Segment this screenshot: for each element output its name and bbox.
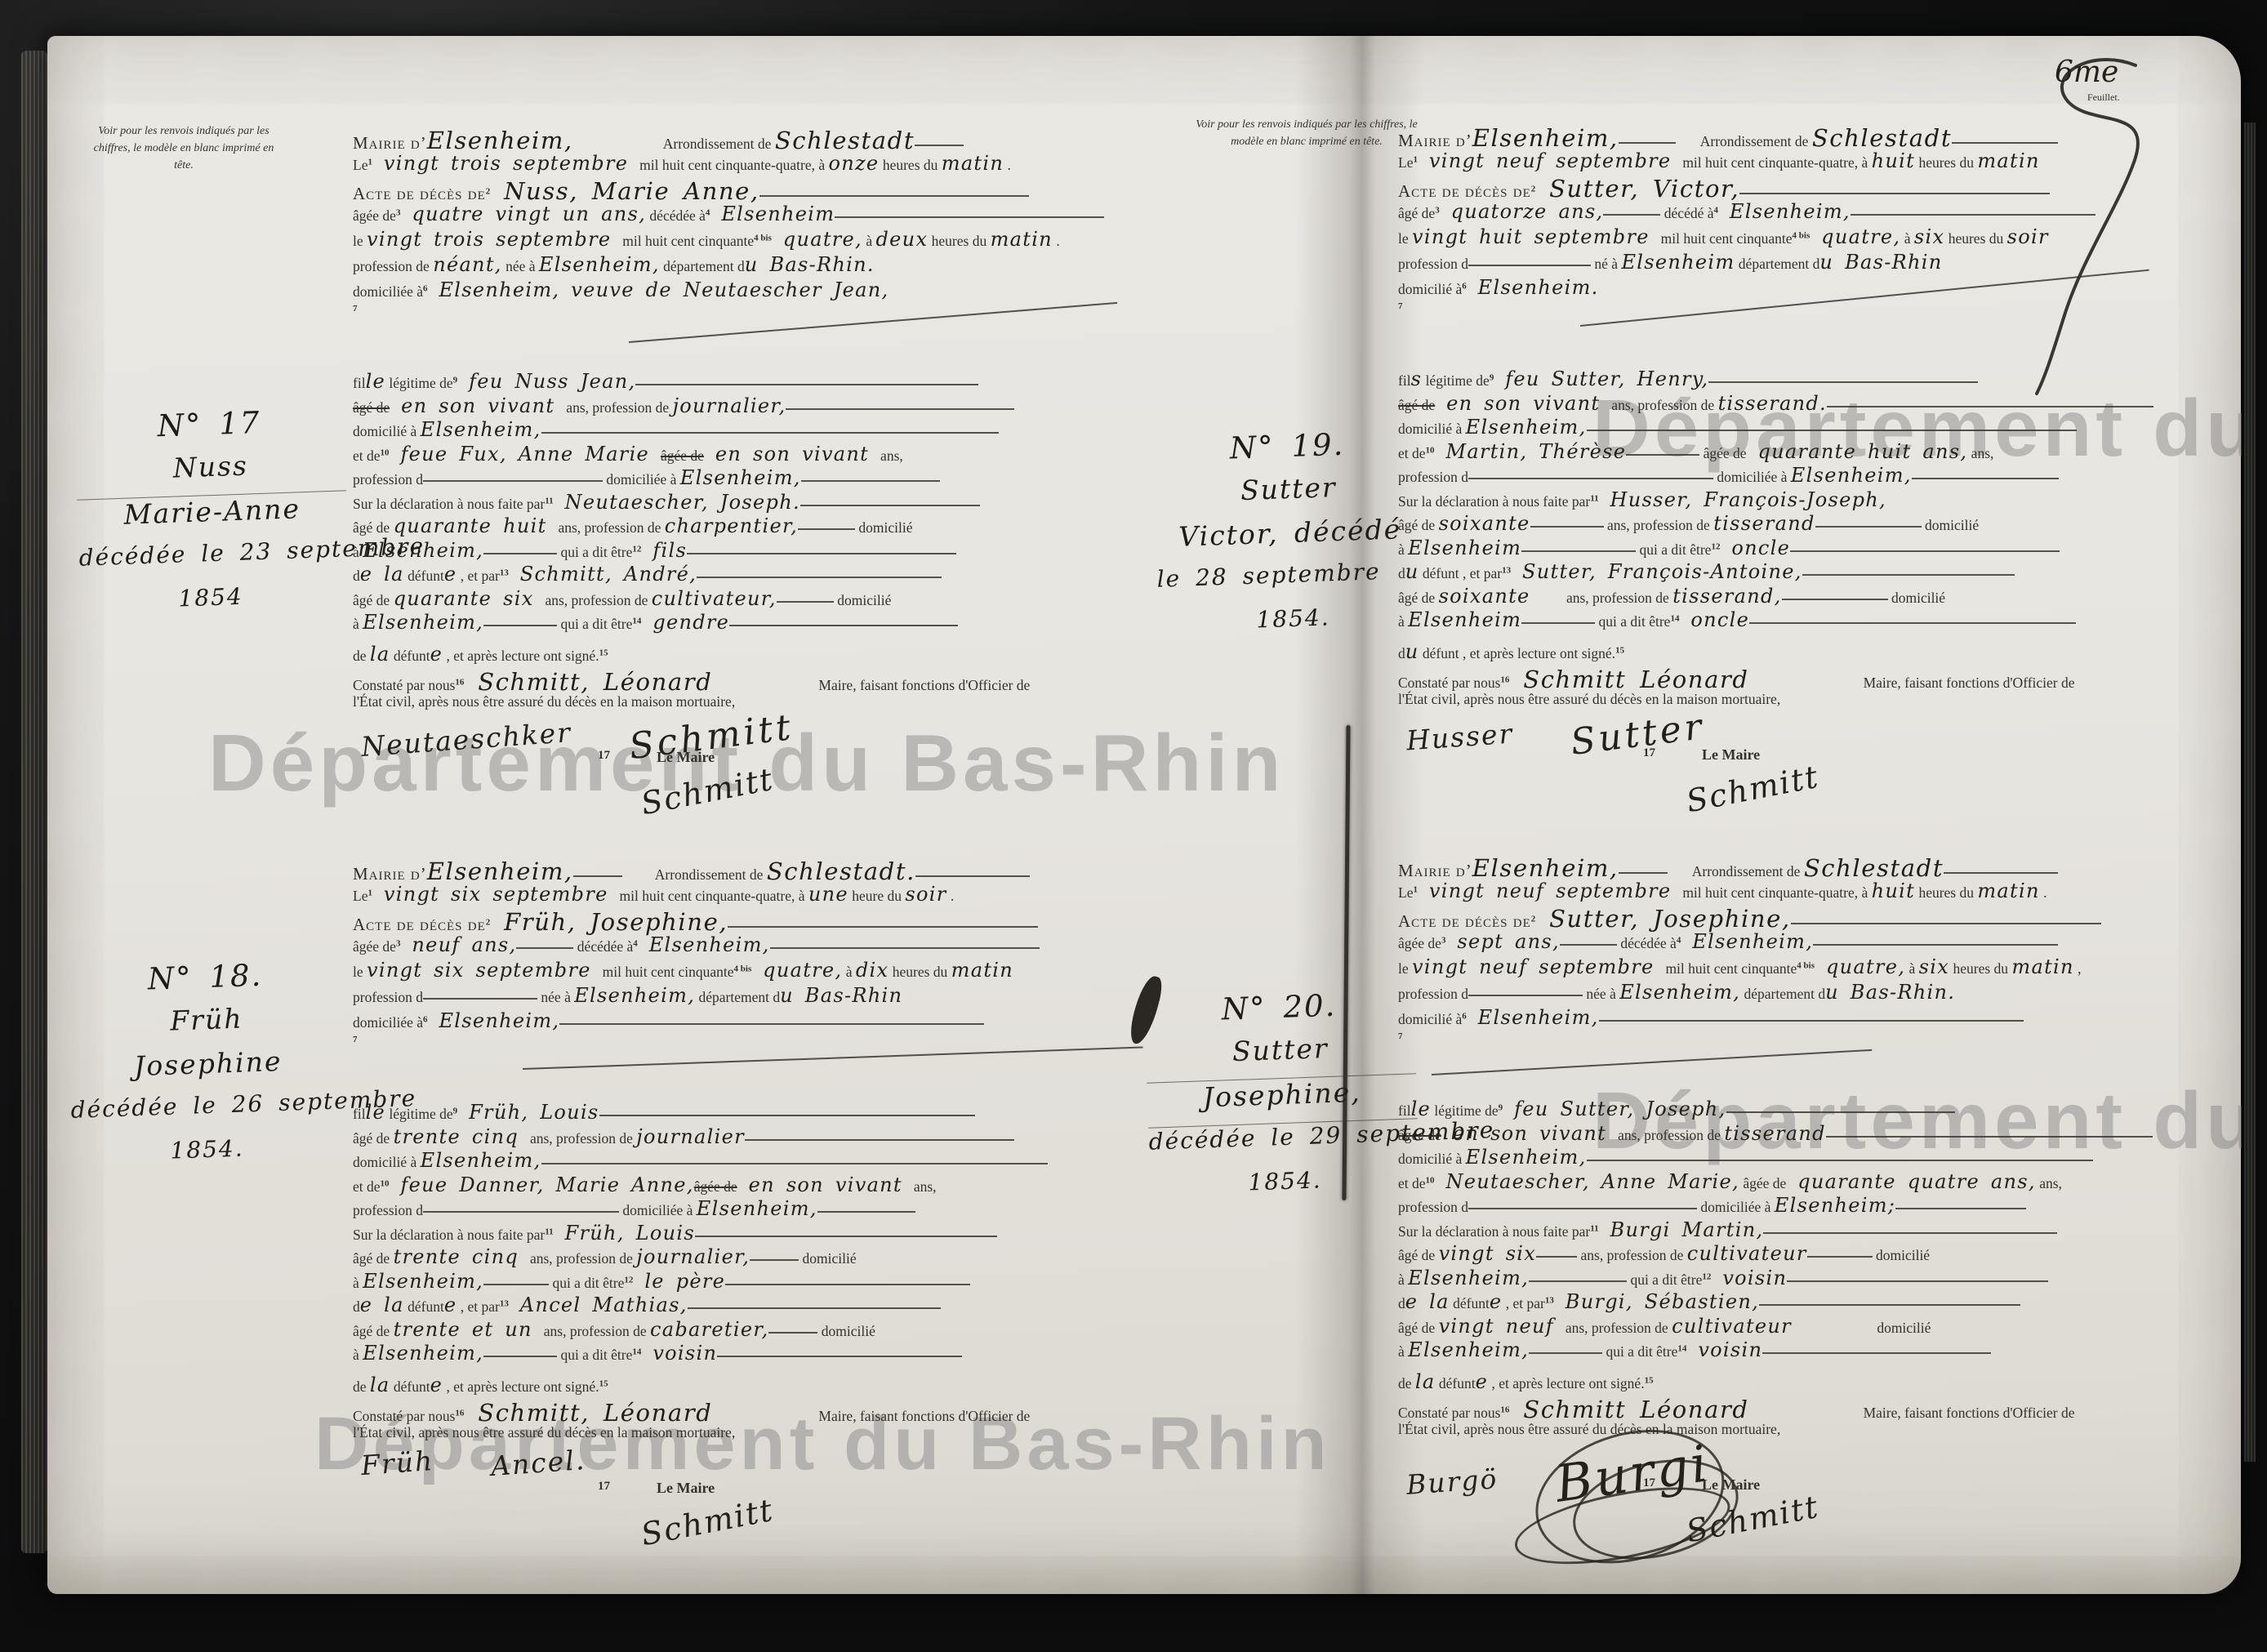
footnote-ref: 12 — [632, 544, 641, 554]
handwritten-text: matin — [1977, 879, 2039, 902]
handwritten-text: journalier — [636, 1125, 745, 1148]
handwritten-text: matin — [951, 959, 1013, 982]
printed-text: profession d — [353, 989, 423, 1005]
printed-text: département d — [660, 258, 745, 274]
printed-text: ans, — [880, 448, 903, 464]
margin-note-act-19: N° 19.SutterVictor, décédéle 28 septembr… — [1151, 424, 1428, 653]
printed-text: heure du — [848, 888, 906, 904]
printed-text: heures du — [889, 964, 951, 980]
handwritten-text: e — [430, 1374, 443, 1396]
printed-text: heures du — [928, 233, 990, 249]
form-line: profession d domiciliée à Elsenheim, — [353, 466, 1014, 491]
printed-text: . — [1004, 157, 1011, 173]
printed-text: à — [353, 616, 363, 632]
printed-text: profession d — [353, 1202, 423, 1218]
blank-rule — [697, 573, 942, 578]
margin-note-line: 1854 — [80, 579, 351, 632]
form-line: profession d née à Elsenheim, départemen… — [1398, 981, 2243, 1006]
scanned-register-spread: Voir pour les renvois indiqués par les c… — [0, 0, 2267, 1652]
printed-text: domicilié — [1873, 1320, 1931, 1336]
printed-text: ans, profession de — [1611, 397, 1717, 413]
handwritten-text: six — [1914, 225, 1944, 248]
printed-text: domicilié à — [353, 1154, 421, 1170]
form-line: l'État civil, après nous être assuré du … — [1398, 1421, 2075, 1446]
handwritten-text: cultivateur — [1672, 1315, 1792, 1338]
form-line: le vingt six septembre mil huit cent cin… — [353, 959, 1329, 984]
form-line: fille légitime de9 Früh, Louis — [353, 1101, 1048, 1125]
handwritten-text: Elsenheim, veuve de Neutaescher Jean, — [428, 278, 889, 301]
printed-text: défunt — [390, 648, 430, 664]
handwritten-text: Elsenheim, — [1619, 981, 1740, 1004]
blank-rule — [1807, 1253, 1873, 1258]
printed-text: domicilié — [817, 1323, 875, 1339]
blank-rule — [1952, 139, 2058, 144]
handwritten-text: e — [1476, 1370, 1489, 1393]
handwritten-text: matin — [991, 228, 1053, 251]
blank-rule — [1739, 189, 2050, 194]
blank-rule — [1726, 1108, 1955, 1113]
footnote-ref: 17 — [1643, 746, 1655, 760]
blank-rule — [1587, 1156, 2093, 1161]
blank-rule — [1468, 261, 1591, 266]
handwritten-text: le — [366, 370, 385, 393]
footnote-ref: 12 — [1711, 541, 1720, 551]
form-line: et de10 Martin, Thérèse âgée de quarante… — [1398, 440, 2153, 465]
printed-text: département d — [1735, 256, 1819, 272]
form-line: Constaté par nous16 Schmitt LéonardMaire… — [1398, 1396, 2075, 1421]
handwritten-text: Elsenheim, — [1472, 854, 1619, 882]
handwritten-text: Elsenheim, — [363, 1342, 483, 1365]
handwritten-text: six — [1919, 955, 1949, 978]
printed-text: profession d — [1398, 256, 1468, 272]
footnote-ref: 16 — [455, 678, 464, 688]
handwritten-text: vingt huit septembre — [1412, 225, 1661, 248]
handwritten-text: e — [430, 643, 443, 666]
handwritten-text: Ancel Mathias, — [509, 1294, 688, 1316]
handwritten-text: Elsenheim — [1621, 251, 1735, 274]
form-line: âgé de en son vivant ans, profession de … — [353, 394, 1014, 419]
printed-text: Arrondissement de — [1700, 133, 1812, 149]
blank-rule — [1827, 403, 2153, 407]
form-line: à Elsenheim, qui a dit être12 fils — [353, 539, 1014, 563]
printed-text: . — [1053, 233, 1060, 249]
footnote-ref: 7 — [1398, 301, 1403, 311]
printed-text: né à — [1591, 256, 1621, 272]
footnote-ref: 11 — [545, 1227, 553, 1236]
margin-note-act-18: N° 18.FrühJosephinedécédée le 26 septemb… — [65, 955, 350, 1185]
handwritten-text: vingt neuf septembre — [1412, 955, 1665, 978]
blank-rule — [728, 923, 1038, 928]
handwritten-text: Früh, Louis — [457, 1101, 599, 1124]
printed-text: département d — [695, 989, 780, 1005]
blank-rule — [915, 141, 964, 146]
printed-text: décédée à — [1617, 935, 1677, 951]
blank-rule — [1944, 869, 2058, 874]
blank-rule — [770, 944, 1040, 949]
spacing-gap — [1749, 1416, 1864, 1418]
footnote-ref: 17 — [598, 749, 610, 763]
spacing-gap — [712, 1419, 818, 1421]
act-closing: de la défunte , et après lecture ont sig… — [353, 1374, 1030, 1449]
handwritten-text: Früh, Josephine, — [490, 908, 728, 936]
printed-text: Arrondissement de — [1692, 863, 1804, 879]
form-line: Acte de décès de2 Nuss, Marie Anne, — [353, 177, 1329, 203]
printed-text: Arrondissement de — [655, 866, 767, 883]
printed-text: de — [353, 648, 370, 664]
form-line: 7 — [1398, 301, 2243, 327]
handwritten-text: trente et un — [394, 1318, 544, 1341]
printed-text: née à — [1583, 986, 1619, 1002]
blank-rule — [1529, 1277, 1627, 1282]
blank-rule — [1802, 571, 2015, 576]
blank-rule — [1749, 619, 2076, 624]
printed-text: décédé à — [1660, 205, 1713, 221]
handwritten-text: onze — [828, 152, 879, 175]
printed-text: domicilié — [1922, 517, 1979, 533]
blank-rule — [759, 192, 1029, 197]
form-line: âgé de en son vivant ans, profession de … — [1398, 392, 2153, 416]
printed-text: Sur la déclaration à nous faite par — [353, 496, 545, 512]
blank-rule — [483, 550, 557, 554]
margin-note-line: 1854. — [1150, 1163, 1421, 1216]
signature: Husser — [1405, 717, 1515, 756]
handwritten-text: tisserand — [1724, 1122, 1825, 1145]
handwritten-text: trente cinq — [394, 1125, 530, 1148]
printed-text: Maire, faisant fonctions d'Officier de — [1864, 1405, 2075, 1421]
printed-text: ans, profession de — [566, 399, 672, 416]
handwritten-text: Elsenheim, — [1408, 1338, 1529, 1361]
printed-text: légitime de — [385, 375, 453, 391]
blank-rule — [835, 213, 1104, 218]
printed-text: ans, profession de — [1577, 1247, 1687, 1263]
blank-rule — [695, 1232, 997, 1237]
handwritten-text: Nuss, Marie Anne, — [490, 177, 759, 205]
form-line: Constaté par nous16 Schmitt, LéonardMair… — [353, 1399, 1030, 1424]
handwritten-text: charpentier, — [665, 514, 798, 537]
blank-rule — [573, 872, 622, 877]
handwritten-text: Schmitt Léonard — [1509, 1396, 1748, 1423]
handwritten-text: quatre, — [1810, 225, 1900, 248]
blank-rule — [1791, 920, 2101, 924]
blank-rule — [1763, 1229, 2057, 1234]
printed-heading: Acte de décès de — [1398, 911, 1531, 931]
form-line: à Elsenheim, qui a dit être12 le père — [353, 1270, 1048, 1294]
printed-text: heures du — [1949, 960, 2011, 977]
footnote-ref: 14 — [632, 617, 641, 626]
declarant-signatures: FrühAncel. — [361, 1447, 643, 1479]
handwritten-text: Schlestadt — [775, 127, 915, 154]
printed-text: Constaté par nous — [1398, 1405, 1500, 1421]
blank-rule — [1762, 1349, 1991, 1354]
handwritten-text: cultivateur, — [652, 587, 777, 610]
blank-rule — [1619, 869, 1668, 874]
footnote-ref: 10 — [381, 1178, 390, 1188]
printed-text: de — [1398, 1375, 1415, 1392]
handwritten-text: Elsenheim, — [1466, 416, 1587, 439]
footnote-ref: 13 — [500, 568, 509, 578]
blank-rule — [483, 1352, 557, 1357]
handwritten-text: voisin — [1686, 1338, 1762, 1361]
printed-text: , et après lecture ont signé. — [1488, 1375, 1644, 1392]
form-line: Mairie d’Elsenheim,Arrondissement de Sch… — [353, 127, 1329, 152]
form-line: à Elsenheim, qui a dit être12 voisin — [1398, 1267, 2153, 1291]
handwritten-text: cabaretier, — [650, 1318, 768, 1341]
spacing-gap — [1676, 145, 1700, 146]
footnote-ref: 11 — [545, 496, 553, 505]
form-line: âgé de quarante huit ans, profession de … — [353, 514, 1014, 539]
blank-rule — [483, 621, 557, 626]
form-line: domicilié à6 Elsenheim. — [1398, 276, 2243, 301]
act-closing: de la défunte , et après lecture ont sig… — [1398, 1370, 2075, 1446]
form-line: Mairie d’Elsenheim,Arrondissement de Sch… — [1398, 124, 2243, 149]
printed-text: heures du — [1944, 230, 2006, 247]
act-body: fils légitime de9 feu Sutter, Henry,âgé … — [1398, 367, 2153, 633]
handwritten-text: Elsenheim, — [1472, 124, 1619, 152]
blank-rule — [729, 621, 958, 626]
handwritten-text: e la — [1405, 1290, 1450, 1313]
printed-text: Sur la déclaration à nous faite par — [1398, 1223, 1590, 1240]
printed-text: qui a dit être — [1595, 613, 1670, 630]
signature: Burgö — [1405, 1463, 1499, 1501]
handwritten-text: Elsenheim. — [1467, 276, 1599, 299]
printed-text: à — [862, 233, 876, 249]
printed-text: ans, profession de — [1618, 1127, 1724, 1143]
blank-rule — [423, 995, 537, 1000]
handwritten-text: quarante quatre ans, — [1786, 1170, 2036, 1193]
blank-rule — [1619, 139, 1676, 144]
form-line: Le1 vingt six septembre mil huit cent ci… — [353, 883, 1329, 908]
printed-text: mil huit cent cinquante — [603, 964, 734, 980]
form-line: domicilié à Elsenheim, — [1398, 1146, 2153, 1170]
form-line: âgée de3 sept ans, décédée à4 Elsenheim, — [1398, 930, 2243, 955]
footnote-ref: 4 bis — [1793, 231, 1810, 241]
blank-rule — [768, 1329, 817, 1334]
blank-rule — [1529, 1349, 1602, 1354]
footnote-ref: 15 — [1645, 1376, 1654, 1386]
printed-text: , et après lecture ont signé. — [443, 1378, 599, 1395]
printed-text: fil — [353, 375, 366, 391]
signature: Burgi — [1552, 1433, 1713, 1514]
printed-text: défunt — [404, 1298, 444, 1315]
blank-rule — [915, 872, 1030, 877]
form-line: et de10 Neutaescher, Anne Marie, âgée de… — [1398, 1170, 2153, 1195]
blank-rule — [1530, 523, 1604, 528]
printed-heading: Mairie d’ — [353, 864, 427, 884]
form-line: de la défunte , et par13 Ancel Mathias, — [353, 1294, 1048, 1318]
spacing-gap — [1530, 601, 1563, 603]
printed-text: domicilié — [1888, 590, 1945, 606]
blank-rule — [1759, 1301, 2020, 1306]
blank-rule — [559, 1020, 984, 1025]
printed-text: domicilié — [855, 519, 912, 536]
spacing-gap — [712, 688, 818, 690]
printed-heading: Acte de décès de — [353, 184, 486, 203]
printed-text: , et après lecture ont signé. — [443, 648, 599, 664]
form-line: du défunt , et par13 Sutter, François-An… — [1398, 560, 2153, 585]
handwritten-text: le père — [633, 1270, 725, 1293]
blank-rule — [1603, 211, 1660, 216]
mayor-label: Le Maire — [657, 749, 715, 766]
form-line: profession d domiciliée à Elsenheim; — [1398, 1194, 2153, 1218]
printed-text: défunt — [404, 568, 444, 584]
printed-text: légitime de — [1422, 372, 1490, 389]
printed-text: Constaté par nous — [353, 1408, 455, 1424]
printed-text: domicilié — [1873, 1247, 1930, 1263]
printed-text: le — [353, 964, 367, 980]
form-line: à Elsenheim qui a dit être12 oncle — [1398, 537, 2153, 561]
handwritten-text: sept ans, — [1445, 930, 1560, 953]
form-line: âgé de trente cinq ans, profession de jo… — [353, 1245, 1048, 1270]
footnote-ref: 17 — [1643, 1476, 1655, 1490]
handwritten-text: e la — [360, 1294, 404, 1316]
printed-heading: Mairie d’ — [1398, 861, 1472, 880]
handwritten-text: matin — [1977, 149, 2039, 172]
printed-text: le — [353, 233, 367, 249]
form-line: âgé de vingt neuf ans, profession de cul… — [1398, 1315, 2153, 1339]
handwritten-text: e — [444, 1294, 457, 1316]
form-line: Sur la déclaration à nous faite par11 Ne… — [353, 491, 1014, 515]
handwritten-text: Burgi Martin, — [1599, 1218, 1764, 1241]
handwritten-text: Elsenheim, — [421, 418, 541, 441]
form-line: âgé de soixante ans, profession de tisse… — [1398, 512, 2153, 537]
handwritten-text: e — [1490, 1290, 1503, 1313]
printed-text: âgé de — [353, 1130, 394, 1147]
handwritten-text: trente cinq — [394, 1245, 530, 1268]
handwritten-text: u Bas-Rhin — [780, 984, 902, 1007]
handwritten-text: feu Sutter, Joseph, — [1503, 1098, 1726, 1120]
printed-text: le — [1398, 960, 1412, 977]
printed-text: âgé de — [1398, 205, 1435, 221]
printed-text: Arrondissement de — [663, 136, 775, 152]
blank-rule — [801, 477, 940, 482]
footnote-ref: 16 — [1500, 1405, 1509, 1415]
printed-text: décédée à — [646, 207, 706, 224]
form-line: 7 — [1398, 1031, 2243, 1057]
handwritten-text: Elsenheim, — [427, 857, 573, 885]
form-line: et de10 feue Fux, Anne Marie âgée de en … — [353, 443, 1014, 467]
mayor-label: Le Maire — [1702, 746, 1760, 764]
handwritten-text: oncle — [1679, 608, 1749, 631]
printed-text: défunt , et après lecture ont signé. — [1419, 645, 1616, 661]
printed-text: département d — [1740, 986, 1825, 1002]
footnote-ref: 11 — [1590, 493, 1598, 503]
handwritten-text: vingt trois septembre — [372, 152, 639, 175]
handwritten-text: vingt six septembre — [367, 959, 603, 982]
blank-rule — [687, 550, 956, 554]
handwritten-text: Sutter, Victor, — [1535, 175, 1739, 203]
handwritten-text: feue Danner, Marie Anne, — [390, 1173, 694, 1196]
handwritten-text: Elsenheim; — [1775, 1194, 1895, 1217]
handwritten-text: Elsenheim, — [1791, 464, 1912, 487]
form-line: domicilié à Elsenheim, — [353, 418, 1014, 443]
handwritten-text: en son vivant — [704, 443, 880, 465]
handwritten-text: Elsenheim, — [427, 127, 573, 154]
handwritten-text: soir — [905, 883, 946, 906]
blank-rule — [688, 1304, 941, 1309]
handwritten-text: voisin — [641, 1342, 717, 1365]
printed-text: ans, — [1967, 445, 1993, 461]
printed-text: à — [1398, 1343, 1408, 1360]
form-line: Acte de décès de2 Sutter, Josephine, — [1398, 905, 2243, 930]
printed-text: et de — [353, 1178, 381, 1195]
printed-text: défunt — [1436, 1375, 1476, 1392]
form-line: à Elsenheim, qui a dit être14 voisin — [353, 1342, 1048, 1366]
handwritten-text: quatre vingt un ans, — [400, 203, 646, 225]
printed-text: domiciliée à — [619, 1202, 697, 1218]
printed-text: ans, profession de — [545, 592, 651, 608]
handwritten-text: la — [1415, 1370, 1436, 1393]
form-line: âgée de3 quatre vingt un ans, décédée à4… — [353, 203, 1329, 228]
printed-text: âgée de — [1699, 445, 1746, 461]
footnote-ref: 14 — [1677, 1344, 1686, 1354]
printed-text: l'État civil, après nous être assuré du … — [353, 693, 735, 710]
blank-rule — [1826, 1133, 2153, 1138]
handwritten-text: Neutaescher, Anne Marie, — [1435, 1170, 1739, 1193]
footnote-ref: 4 bis — [1797, 961, 1815, 971]
form-line: Acte de décès de2 Früh, Josephine, — [353, 908, 1329, 933]
form-line: fille légitime de9 feu Nuss Jean, — [353, 370, 1014, 394]
handwritten-text: en son vivant — [390, 394, 566, 417]
handwritten-text: quarante six — [394, 587, 546, 610]
printed-text: Le — [1398, 884, 1413, 901]
handwritten-text: quatre, — [1815, 955, 1905, 978]
printed-text: ans, — [2036, 1175, 2062, 1191]
form-line: domicilié à6 Elsenheim, — [1398, 1006, 2243, 1031]
blank-rule — [786, 405, 1014, 410]
act-record-17: Mairie d’Elsenheim,Arrondissement de Sch… — [353, 127, 1329, 329]
form-line: profession d né à Elsenheim département … — [1398, 251, 2243, 276]
printed-text: domiciliée à — [1697, 1199, 1775, 1215]
printed-text: ans, — [914, 1178, 937, 1195]
form-line: Le1 vingt neuf septembre mil huit cent c… — [1398, 879, 2243, 905]
margin-note-act-20: N° 20.SutterJosephine,décédée le 29 sept… — [1143, 985, 1420, 1216]
handwritten-text: fils — [641, 539, 687, 562]
blank-rule — [798, 525, 855, 530]
printed-text: domicilié à — [1398, 281, 1462, 297]
handwritten-text: tisserand — [1713, 512, 1815, 535]
printed-text: âgé de — [353, 1250, 394, 1267]
form-line: profession de néant, née à Elsenheim, dé… — [353, 253, 1329, 278]
form-line: Constaté par nous16 Schmitt LéonardMaire… — [1398, 666, 2075, 691]
printed-text: heures du — [1915, 154, 1977, 171]
form-line: âgé de3 quatorze ans, décédé à4 Elsenhei… — [1398, 200, 2243, 225]
blank-rule — [541, 1160, 1048, 1164]
form-line: Sur la déclaration à nous faite par11 Hu… — [1398, 488, 2153, 513]
footnote-ref: 7 — [353, 1035, 358, 1044]
blank-rule — [1815, 523, 1922, 528]
signature: Sutter — [1569, 706, 1708, 764]
printed-text: défunt — [1450, 1295, 1490, 1311]
footnote-ref: 14 — [632, 1347, 641, 1357]
handwritten-text: Elsenheim, — [638, 933, 770, 956]
blank-rule — [541, 429, 999, 434]
handwritten-text: feue Fux, Anne Marie — [390, 443, 661, 465]
form-line: Sur la déclaration à nous faite par11 Fr… — [353, 1222, 1048, 1246]
form-line: âgé de quarante six ans, profession de c… — [353, 587, 1014, 612]
blank-rule — [1560, 941, 1617, 946]
handwritten-text: une — [808, 883, 848, 906]
printed-text: de — [353, 1378, 370, 1395]
mayor-label: Le Maire — [657, 1480, 715, 1497]
handwritten-text: Martin, Thérèse — [1435, 440, 1627, 463]
blank-rule — [516, 944, 573, 949]
blank-rule — [1813, 941, 2058, 946]
handwritten-text: Schmitt, Léonard — [464, 1399, 712, 1427]
printed-text: heures du — [879, 157, 941, 173]
printed-text: l'État civil, après nous être assuré du … — [353, 1424, 735, 1440]
footnote-ref: 13 — [1545, 1296, 1554, 1306]
form-line: de la défunte , et après lecture ont sig… — [353, 643, 1030, 668]
